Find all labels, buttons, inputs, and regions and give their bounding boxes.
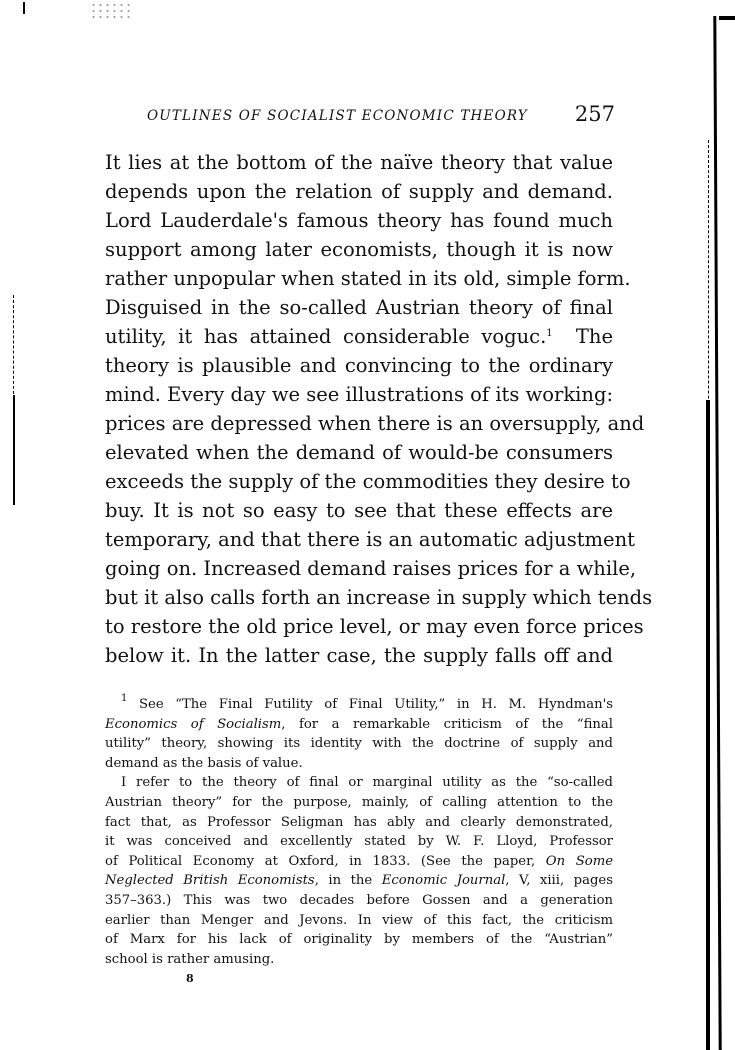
footnote-line: 1 See “The Final Futility of Final Utili… bbox=[105, 695, 613, 715]
footnote-line: Neglected British Economists, in the Eco… bbox=[105, 871, 613, 891]
body-line: below it. In the latter case, the supply… bbox=[105, 641, 613, 670]
footnote-marker: 1 bbox=[121, 693, 127, 704]
body-line: going on. Increased demand raises prices… bbox=[105, 554, 613, 583]
running-header: OUTLINES OF SOCIALIST ECONOMIC THEORY 25… bbox=[147, 104, 615, 128]
body-line: mind. Every day we see illustrations of … bbox=[105, 380, 613, 409]
footnote-line: Austrian theory” for the purpose, mainly… bbox=[105, 793, 613, 813]
body-paragraph: It lies at the bottom of the naïve theor… bbox=[105, 148, 613, 670]
footnote-line: school is rather amusing. bbox=[105, 950, 613, 970]
footnote-line: earlier than Menger and Jevons. In view … bbox=[105, 911, 613, 931]
body-line: support among later economists, though i… bbox=[105, 235, 613, 264]
body-line-tail: The bbox=[576, 325, 613, 348]
running-title: OUTLINES OF SOCIALIST ECONOMIC THEORY bbox=[147, 108, 528, 124]
body-line: to restore the old price level, or may e… bbox=[105, 612, 613, 641]
scan-artifact-specks bbox=[90, 2, 130, 22]
footnote-line: it was conceived and excellently stated … bbox=[105, 832, 613, 852]
body-line: exceeds the supply of the commodities th… bbox=[105, 467, 613, 496]
body-line: temporary, and that there is an automati… bbox=[105, 525, 613, 554]
footnote-line: 357–363.) This was two decades before Go… bbox=[105, 891, 613, 911]
body-line: Lord Lauderdale's famous theory has foun… bbox=[105, 206, 613, 235]
book-edge-right-gutter bbox=[706, 400, 710, 1050]
book-edge-top bbox=[719, 16, 735, 20]
signature-mark: 8 bbox=[186, 972, 194, 985]
body-line: elevated when the demand of would-be con… bbox=[105, 438, 613, 467]
body-line-text: utility, it has attained considerable vo… bbox=[105, 325, 546, 348]
body-line: It lies at the bottom of the naïve theor… bbox=[105, 148, 613, 177]
footnote-line: I refer to the theory of final or margin… bbox=[105, 773, 613, 793]
body-line: prices are depressed when there is an ov… bbox=[105, 409, 613, 438]
page-number: 257 bbox=[575, 102, 615, 126]
body-line: but it also calls forth an increase in s… bbox=[105, 583, 613, 612]
body-line-with-footnote: utility, it has attained considerable vo… bbox=[105, 322, 613, 351]
footnote-line: of Political Economy at Oxford, in 1833.… bbox=[105, 852, 613, 872]
book-edge-right bbox=[713, 16, 721, 1050]
scanned-book-page: OUTLINES OF SOCIALIST ECONOMIC THEORY 25… bbox=[0, 0, 735, 1050]
footnote-line: Economics of Socialism, for a remarkable… bbox=[105, 715, 613, 735]
footnote-reference[interactable]: 1 bbox=[546, 328, 552, 339]
footnote-line: of Marx for his lack of originality by m… bbox=[105, 930, 613, 950]
body-line: depends upon the relation of supply and … bbox=[105, 177, 613, 206]
scan-artifact-left-edge-solid bbox=[13, 395, 15, 505]
body-line: rather unpopular when stated in its old,… bbox=[105, 264, 613, 293]
body-line: Disguised in the so-called Austrian theo… bbox=[105, 293, 613, 322]
footnote-line: utility” theory, showing its identity wi… bbox=[105, 734, 613, 754]
body-line: theory is plausible and convincing to th… bbox=[105, 351, 613, 380]
footnote-line: fact that, as Professor Seligman has abl… bbox=[105, 813, 613, 833]
footnotes: 1 See “The Final Futility of Final Utili… bbox=[105, 695, 613, 969]
footnote-line: demand as the basis of value. bbox=[105, 754, 613, 774]
body-line: buy. It is not so easy to see that these… bbox=[105, 496, 613, 525]
scan-artifact-mark bbox=[23, 2, 25, 14]
